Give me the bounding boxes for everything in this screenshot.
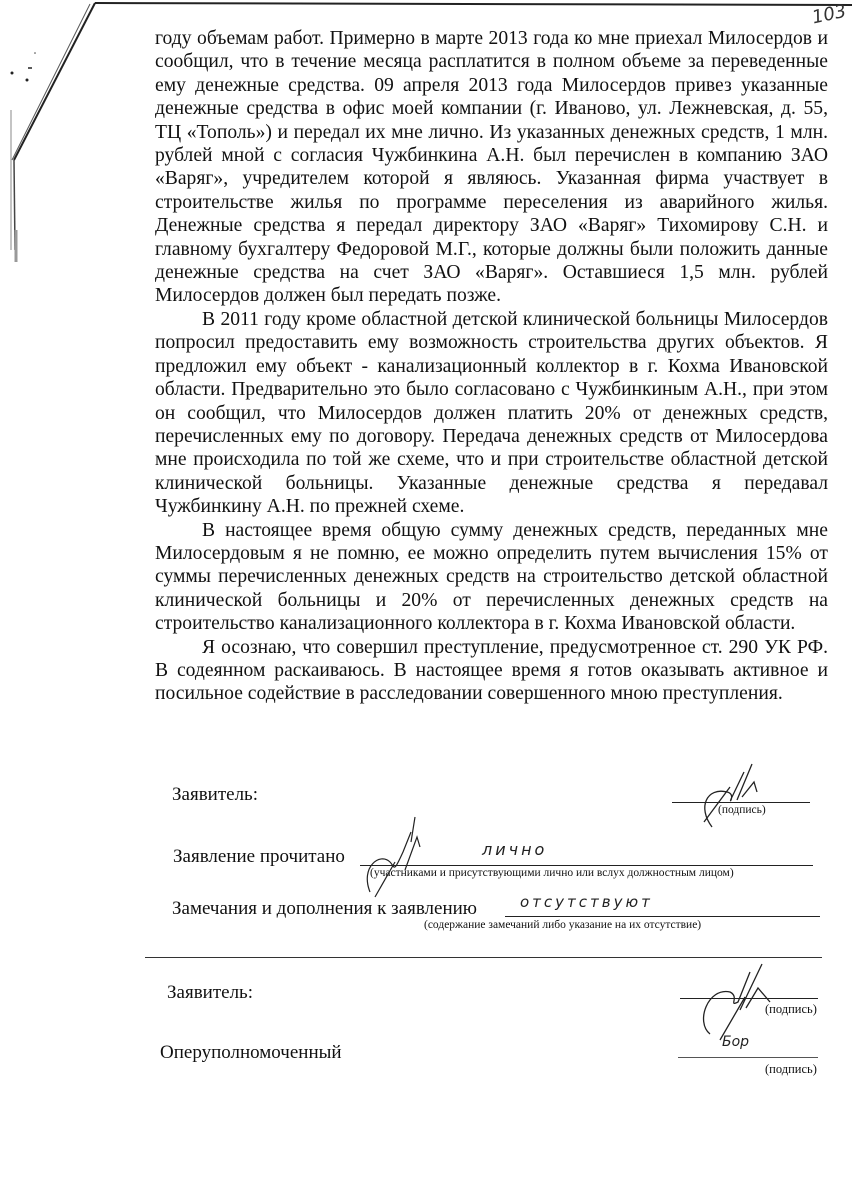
handwritten-page-number: 103 [810,1,848,29]
officer-label: Оперуполномоченный [160,1042,342,1064]
paragraph: В 2011 году кроме областной детской клин… [155,308,828,519]
applicant-signature-icon [682,752,762,832]
remarks-line [505,916,820,917]
remarks-handwritten-text: отсутствуют [520,893,653,911]
officer-handwritten-signature: Бор [722,1034,749,1050]
officer-signature-line [678,1057,818,1058]
applicant-label: Заявитель: [172,784,258,806]
paragraph: Я осознаю, что совершил преступление, пр… [155,636,828,706]
section-divider [145,957,822,958]
remarks-caption: (содержание замечаний либо указание на и… [424,919,701,931]
read-handwritten-text: лично [482,840,547,859]
read-signature-icon [365,812,445,902]
paragraph: В настоящее время общую сумму денежных с… [155,519,828,636]
signature-caption-3: (подпись) [765,1062,817,1077]
statement-body: году объемам работ. Примерно в марте 201… [155,27,828,706]
applicant-label-2: Заявитель: [167,982,253,1004]
read-label: Заявление прочитано [173,846,345,868]
paragraph: году объемам работ. Примерно в марте 201… [155,27,828,308]
remarks-label: Замечания и дополнения к заявлению [172,898,477,920]
applicant-signature-2-icon [690,962,790,1042]
